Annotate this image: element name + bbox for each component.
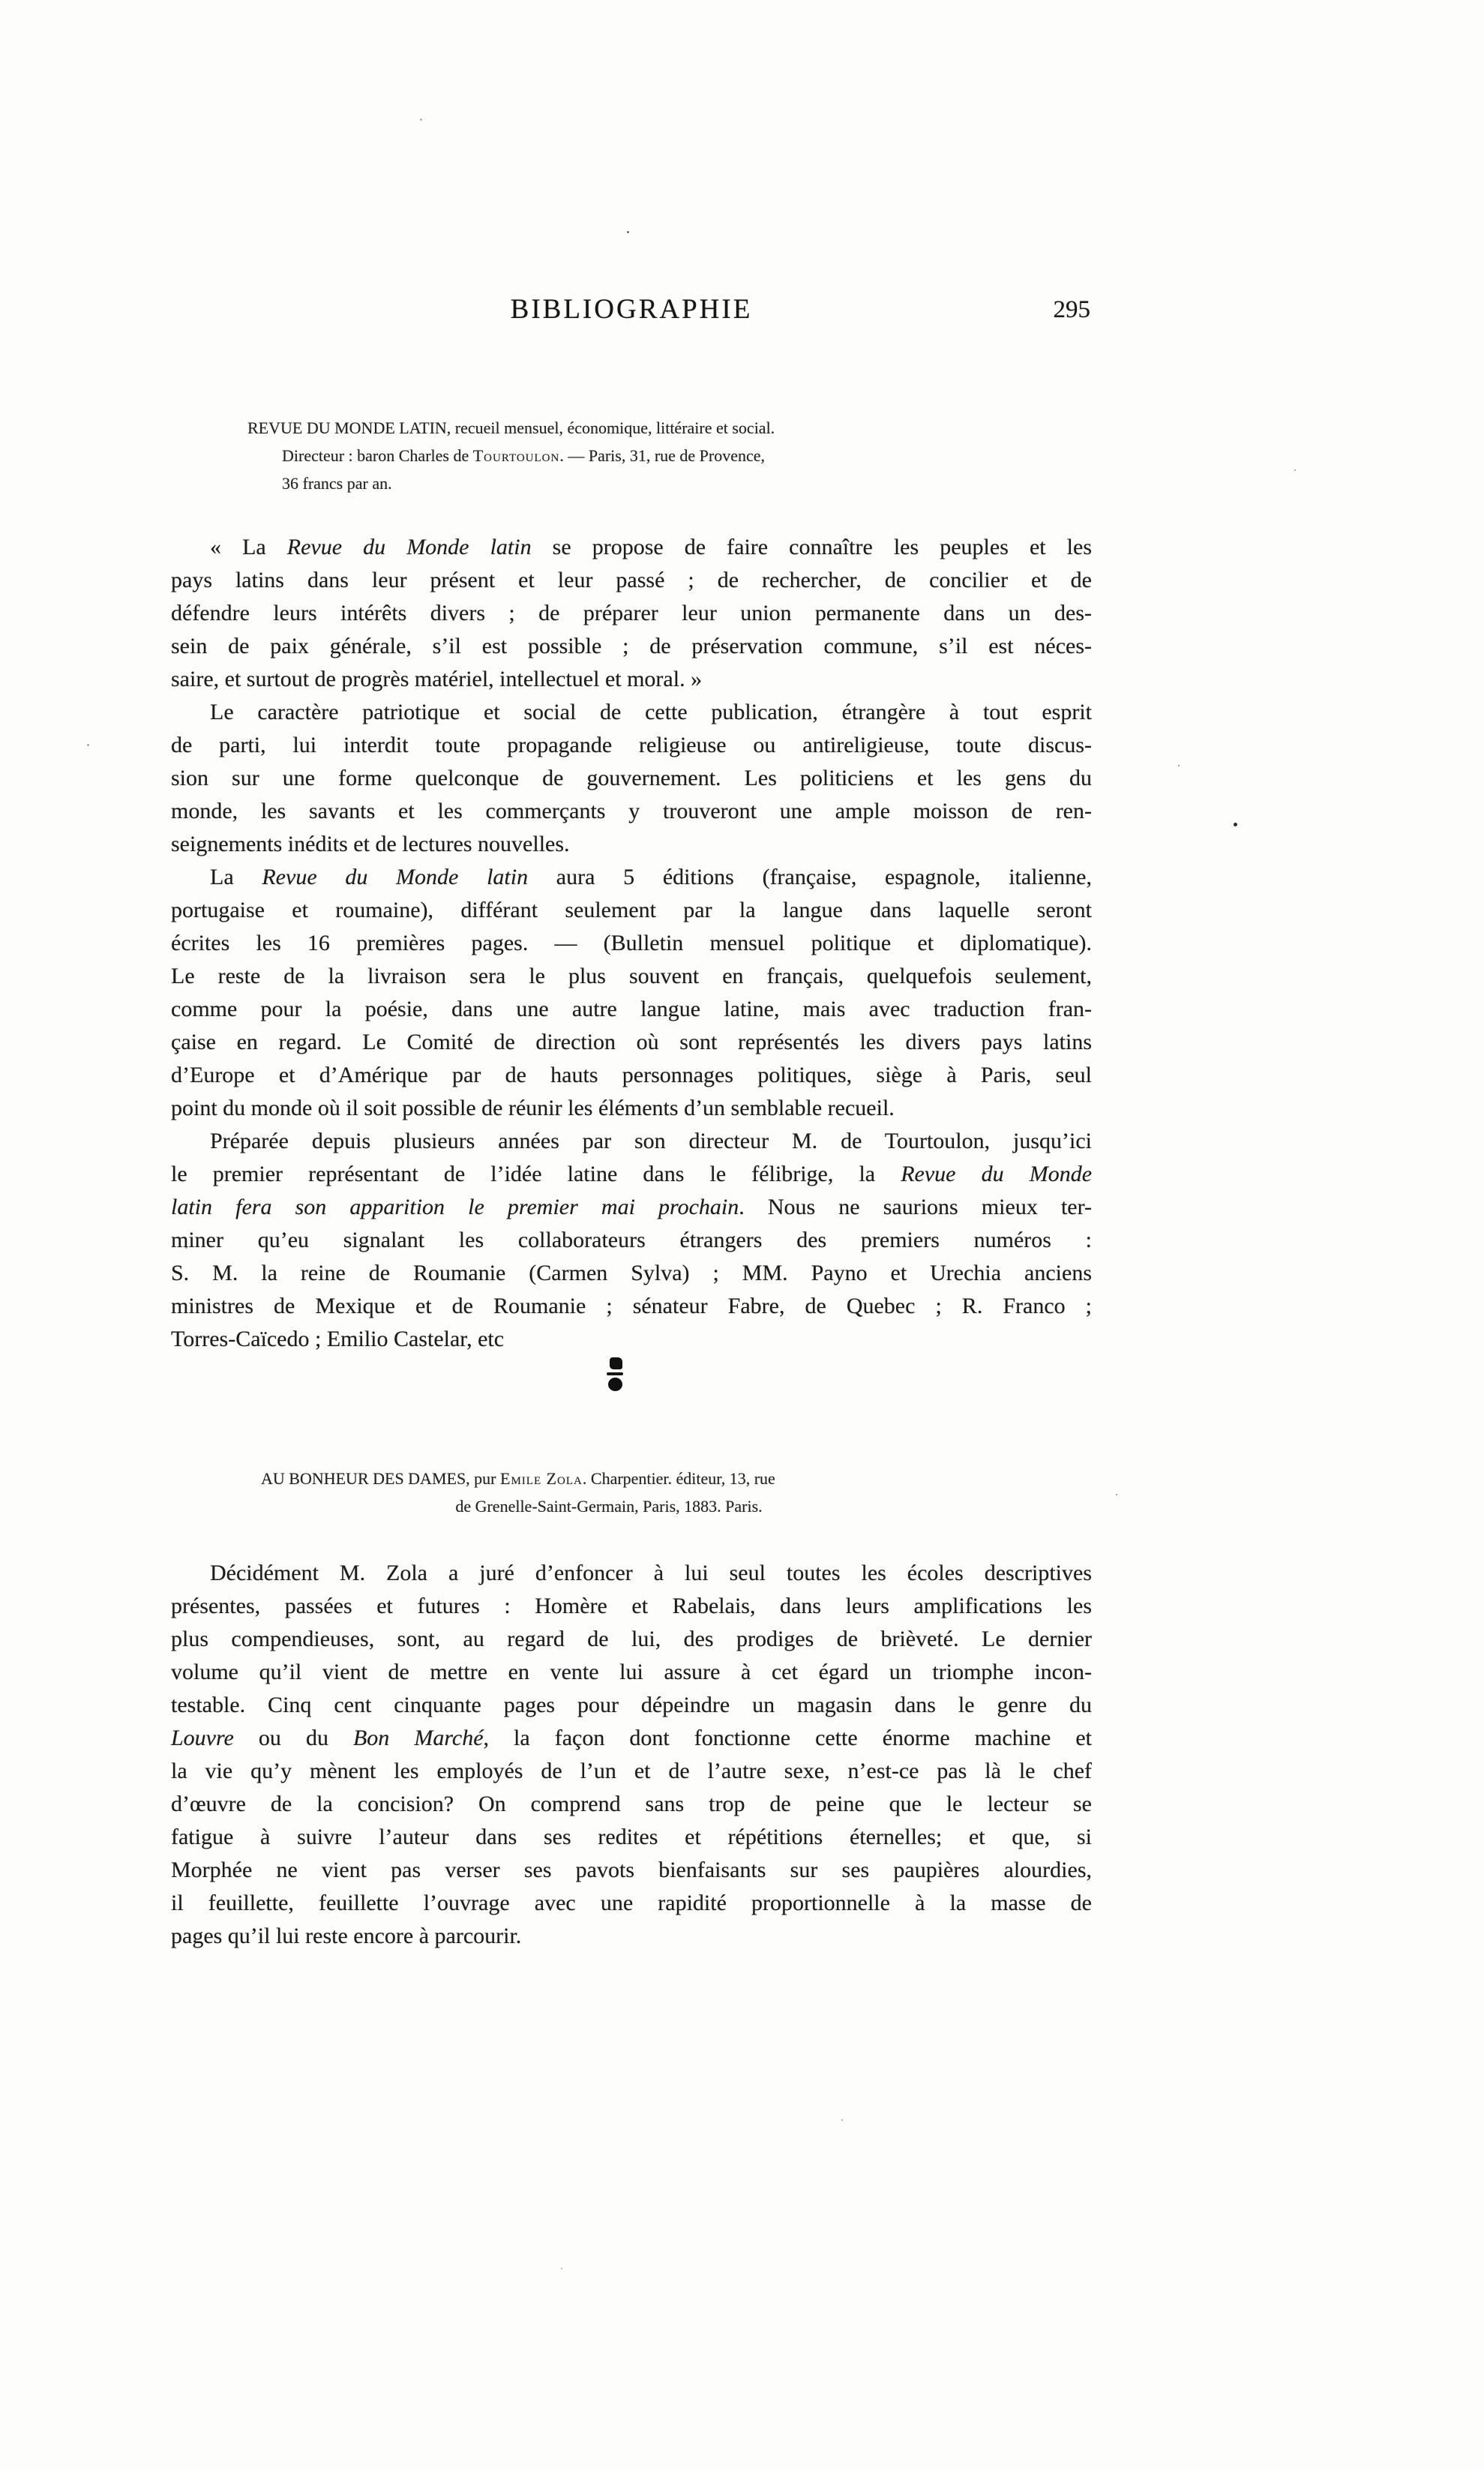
scan-speck [420, 118, 422, 121]
text-line: latin fera son apparition le premier mai… [171, 1191, 1092, 1224]
page-header: BIBLIOGRAPHIE 295 [171, 292, 1092, 330]
text-line: seignements inédits et de lectures nouve… [171, 828, 1092, 861]
text-line: comme pour la poésie, dans une autre lan… [171, 993, 1092, 1026]
text-line: fatigue à suivre l’auteur dans ses redit… [171, 1821, 1092, 1854]
paragraph: Le caractère patriotique et social de ce… [171, 696, 1092, 861]
scan-speck [1116, 1494, 1117, 1495]
scan-speck [1234, 823, 1237, 826]
entry-heading-line: 36 francs par an. [171, 469, 1092, 497]
running-title: BIBLIOGRAPHIE [171, 292, 1092, 327]
text-line: testable. Cinq cent cinquante pages pour… [171, 1689, 1092, 1722]
scan-speck [561, 2268, 562, 2269]
text-line: Préparée depuis plusieurs années par son… [171, 1125, 1092, 1158]
text-line: miner qu’eu signalant les collaborateurs… [171, 1224, 1092, 1257]
text-line: sion sur une forme quelconque de gouvern… [171, 762, 1092, 795]
scan-speck [1178, 765, 1180, 766]
text-line: plus compendieuses, sont, au regard de l… [171, 1623, 1092, 1656]
entry-heading-line: de Grenelle-Saint-Germain, Paris, 1883. … [171, 1492, 1092, 1520]
text-line: Louvre ou du Bon Marché, la façon dont f… [171, 1722, 1092, 1755]
text-line: « La Revue du Monde latin se propose de … [171, 531, 1092, 564]
text-line: pays latins dans leur présent et leur pa… [171, 564, 1092, 597]
ink-dot-icon [608, 1378, 622, 1391]
scan-speck [185, 1246, 187, 1249]
scan-speck [87, 744, 89, 746]
text-line: Morphée ne vient pas verser ses pavots b… [171, 1854, 1092, 1887]
text-line: portugaise et roumaine), différant seule… [171, 894, 1092, 927]
text-line: d’œuvre de la concision? On comprend san… [171, 1788, 1092, 1821]
text-line: ministres de Mexique et de Roumanie ; sé… [171, 1290, 1092, 1323]
text-line: saire, et surtout de progrès matériel, i… [171, 663, 1092, 696]
paragraph: Préparée depuis plusieurs années par son… [171, 1125, 1092, 1356]
text-line: il feuillette, feuillette l’ouvrage avec… [171, 1887, 1092, 1920]
paragraph: La Revue du Monde latin aura 5 éditions … [171, 861, 1092, 1125]
text-line: écrites les 16 premières pages. — (Bulle… [171, 927, 1092, 960]
section-divider-ink-mark [606, 1357, 625, 1391]
text-line: pages qu’il lui reste encore à parcourir… [171, 1920, 1092, 1953]
text-line: de parti, lui interdit toute propagande … [171, 729, 1092, 762]
text-line: Torres-Caïcedo ; Emilio Castelar, etc [171, 1323, 1092, 1356]
scan-speck [841, 2119, 843, 2121]
text-line: Décidément M. Zola a juré d’enfoncer à l… [171, 1557, 1092, 1590]
page-number: 295 [1054, 295, 1091, 325]
text-line: point du monde où il soit possible de ré… [171, 1092, 1092, 1125]
text-line: d’Europe et d’Amérique par de hauts pers… [171, 1059, 1092, 1092]
text-line: la vie qu’y mènent les employés de l’un … [171, 1755, 1092, 1788]
text-line: Le caractère patriotique et social de ce… [171, 696, 1092, 729]
entry-heading-line: AU BONHEUR DES DAMES, pur Emile Zola. Ch… [171, 1465, 1092, 1492]
ink-blot-icon [610, 1357, 622, 1369]
entry-heading: REVUE DU MONDE LATIN, recueil mensuel, é… [171, 414, 1092, 497]
text-line: sein de paix générale, s’il est possible… [171, 630, 1092, 663]
text-line: monde, les savants et les commerçants y … [171, 795, 1092, 828]
entry-heading: AU BONHEUR DES DAMES, pur Emile Zola. Ch… [171, 1465, 1092, 1520]
paragraph: « La Revue du Monde latin se propose de … [171, 531, 1092, 696]
text-line: volume qu’il vient de mettre en vente lu… [171, 1656, 1092, 1689]
scan-speck [627, 231, 629, 233]
entry-body: « La Revue du Monde latin se propose de … [171, 531, 1092, 1356]
text-line: défendre leurs intérêts divers ; de prép… [171, 597, 1092, 630]
entry-heading-line: Directeur : baron Charles de Tourtoulon.… [171, 442, 1092, 469]
text-line: présentes, passées et futures : Homère e… [171, 1590, 1092, 1623]
entry-body: Décidément M. Zola a juré d’enfoncer à l… [171, 1557, 1092, 1953]
text-line: La Revue du Monde latin aura 5 éditions … [171, 861, 1092, 894]
ink-bar-icon [607, 1372, 623, 1375]
paragraph: Décidément M. Zola a juré d’enfoncer à l… [171, 1557, 1092, 1953]
text-line: le premier représentant de l’idée latine… [171, 1158, 1092, 1191]
scanned-page: BIBLIOGRAPHIE 295 REVUE DU MONDE LATIN, … [0, 0, 1484, 2471]
text-line: çaise en regard. Le Comité de direction … [171, 1026, 1092, 1059]
scan-speck [1294, 469, 1296, 471]
text-line: Le reste de la livraison sera le plus so… [171, 960, 1092, 993]
text-line: S. M. la reine de Roumanie (Carmen Sylva… [171, 1257, 1092, 1290]
entry-heading-line: REVUE DU MONDE LATIN, recueil mensuel, é… [171, 414, 1092, 442]
